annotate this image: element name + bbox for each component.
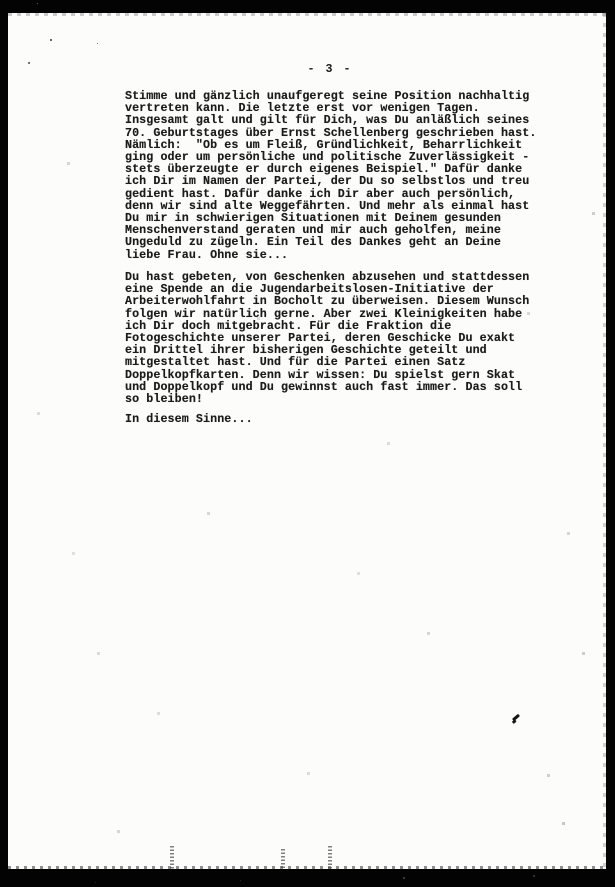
scan-noise-right-edge <box>603 13 606 869</box>
scan-border-speck <box>403 877 405 879</box>
scan-speckle <box>28 62 30 64</box>
scan-border-speck <box>37 3 38 4</box>
scan-border-speck <box>240 880 241 881</box>
scan-border-speck <box>533 875 535 877</box>
scan-border-speck <box>95 882 96 883</box>
scan-dotted-mark <box>170 846 174 869</box>
paragraph-thanks: Stimme und gänzlich unaufgeregt seine Po… <box>125 90 565 261</box>
scan-noise-bottom-edge <box>8 866 606 869</box>
closing-line: In diesem Sinne... <box>125 413 565 425</box>
scan-speckle <box>97 43 98 44</box>
scanned-document-screenshot: { "doc": { "page_number": "- 3 -", "para… <box>0 0 615 887</box>
paragraph-gifts: Du hast gebeten, von Geschenken abzusehe… <box>125 271 565 405</box>
scan-noise-top-edge <box>8 13 606 16</box>
ink-blot-artifact <box>512 714 520 721</box>
paper-dust-speckles <box>8 13 9 14</box>
scan-dotted-mark <box>328 846 332 869</box>
scan-dotted-mark <box>281 849 285 869</box>
page-number: - 3 - <box>125 62 535 76</box>
scan-speckle <box>50 39 52 41</box>
document-page: - 3 - Stimme und gänzlich unaufgeregt se… <box>8 13 606 869</box>
